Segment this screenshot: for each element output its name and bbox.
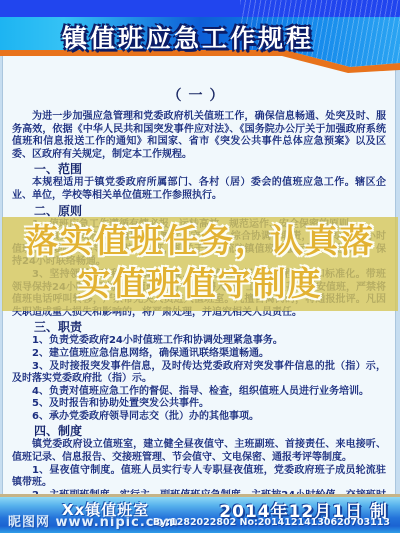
section-paragraph: 4、负责对值班应急工作的督促、指导、检查，组织值班人员进行业务培训。 xyxy=(12,386,386,399)
header-banner: 镇值班应急工作规程 xyxy=(0,0,400,78)
slogan-line-1: 落实值班任务，认真落 xyxy=(0,219,400,262)
page-title: 镇值班应急工作规程 xyxy=(62,19,314,55)
section-heading-systems: 四、制度 xyxy=(34,424,386,438)
section-heading-duties: 三、职责 xyxy=(34,320,386,334)
footer-band: 昵图网 www.nipic.com Xx镇值班室 2014年12月1日 制 By… xyxy=(0,494,400,533)
poster-root: （一） 为进一步加强应急管理和党委政府机关值班工作，确保信息畅通、处突及时、服务… xyxy=(0,0,400,533)
section-heading-principles: 二、原则 xyxy=(34,204,386,218)
section-paragraph: 本规程适用于镇党委政府所属部门、各村（居）委会的值班应急工作。辖区企业、单位，学… xyxy=(12,177,386,202)
section-heading-scope: 一、范围 xyxy=(34,162,386,176)
footer-meta-id: By:1282022802 No:20141214130620703113 xyxy=(153,517,390,528)
section-paragraph: 2、建立值班应急信息网络，确保通讯联络渠道畅通。 xyxy=(12,348,386,361)
section-paragraph: 5、及时报告和协助处置突发公共事件。 xyxy=(12,398,386,411)
intro-paragraph: 为进一步加强应急管理和党委政府机关值班工作，确保信息畅通、处突及时、服务高效，依… xyxy=(12,111,386,161)
slogan-line-2: 实值班值守制度 xyxy=(0,262,400,305)
footer-unit-name: Xx镇值班室 xyxy=(62,499,149,520)
section-paragraph: 1、负责党委政府24小时值班工作和协调处理紧急事务。 xyxy=(12,335,386,348)
part-label: （一） xyxy=(12,85,386,105)
section-paragraph: 3、及时接报突发事件信息，及时传达党委政府对突发事件信息的批（指）示，及时落实党… xyxy=(12,361,386,386)
section-paragraph: 镇党委政府设立值班室，建立健全昼夜值守、主班副班、首接责任、来电接听、值班记录、… xyxy=(12,439,386,464)
slogan-watermark: 落实值班任务，认真落 实值班值守制度 xyxy=(0,219,400,305)
section-paragraph: 1、昼夜值守制度。值班人员实行专人专职昼夜值班，党委政府班子成员轮流驻镇带班。 xyxy=(12,465,386,490)
section-paragraph: 6、承办党委政府领导同志交（批）办的其他事项。 xyxy=(12,411,386,424)
